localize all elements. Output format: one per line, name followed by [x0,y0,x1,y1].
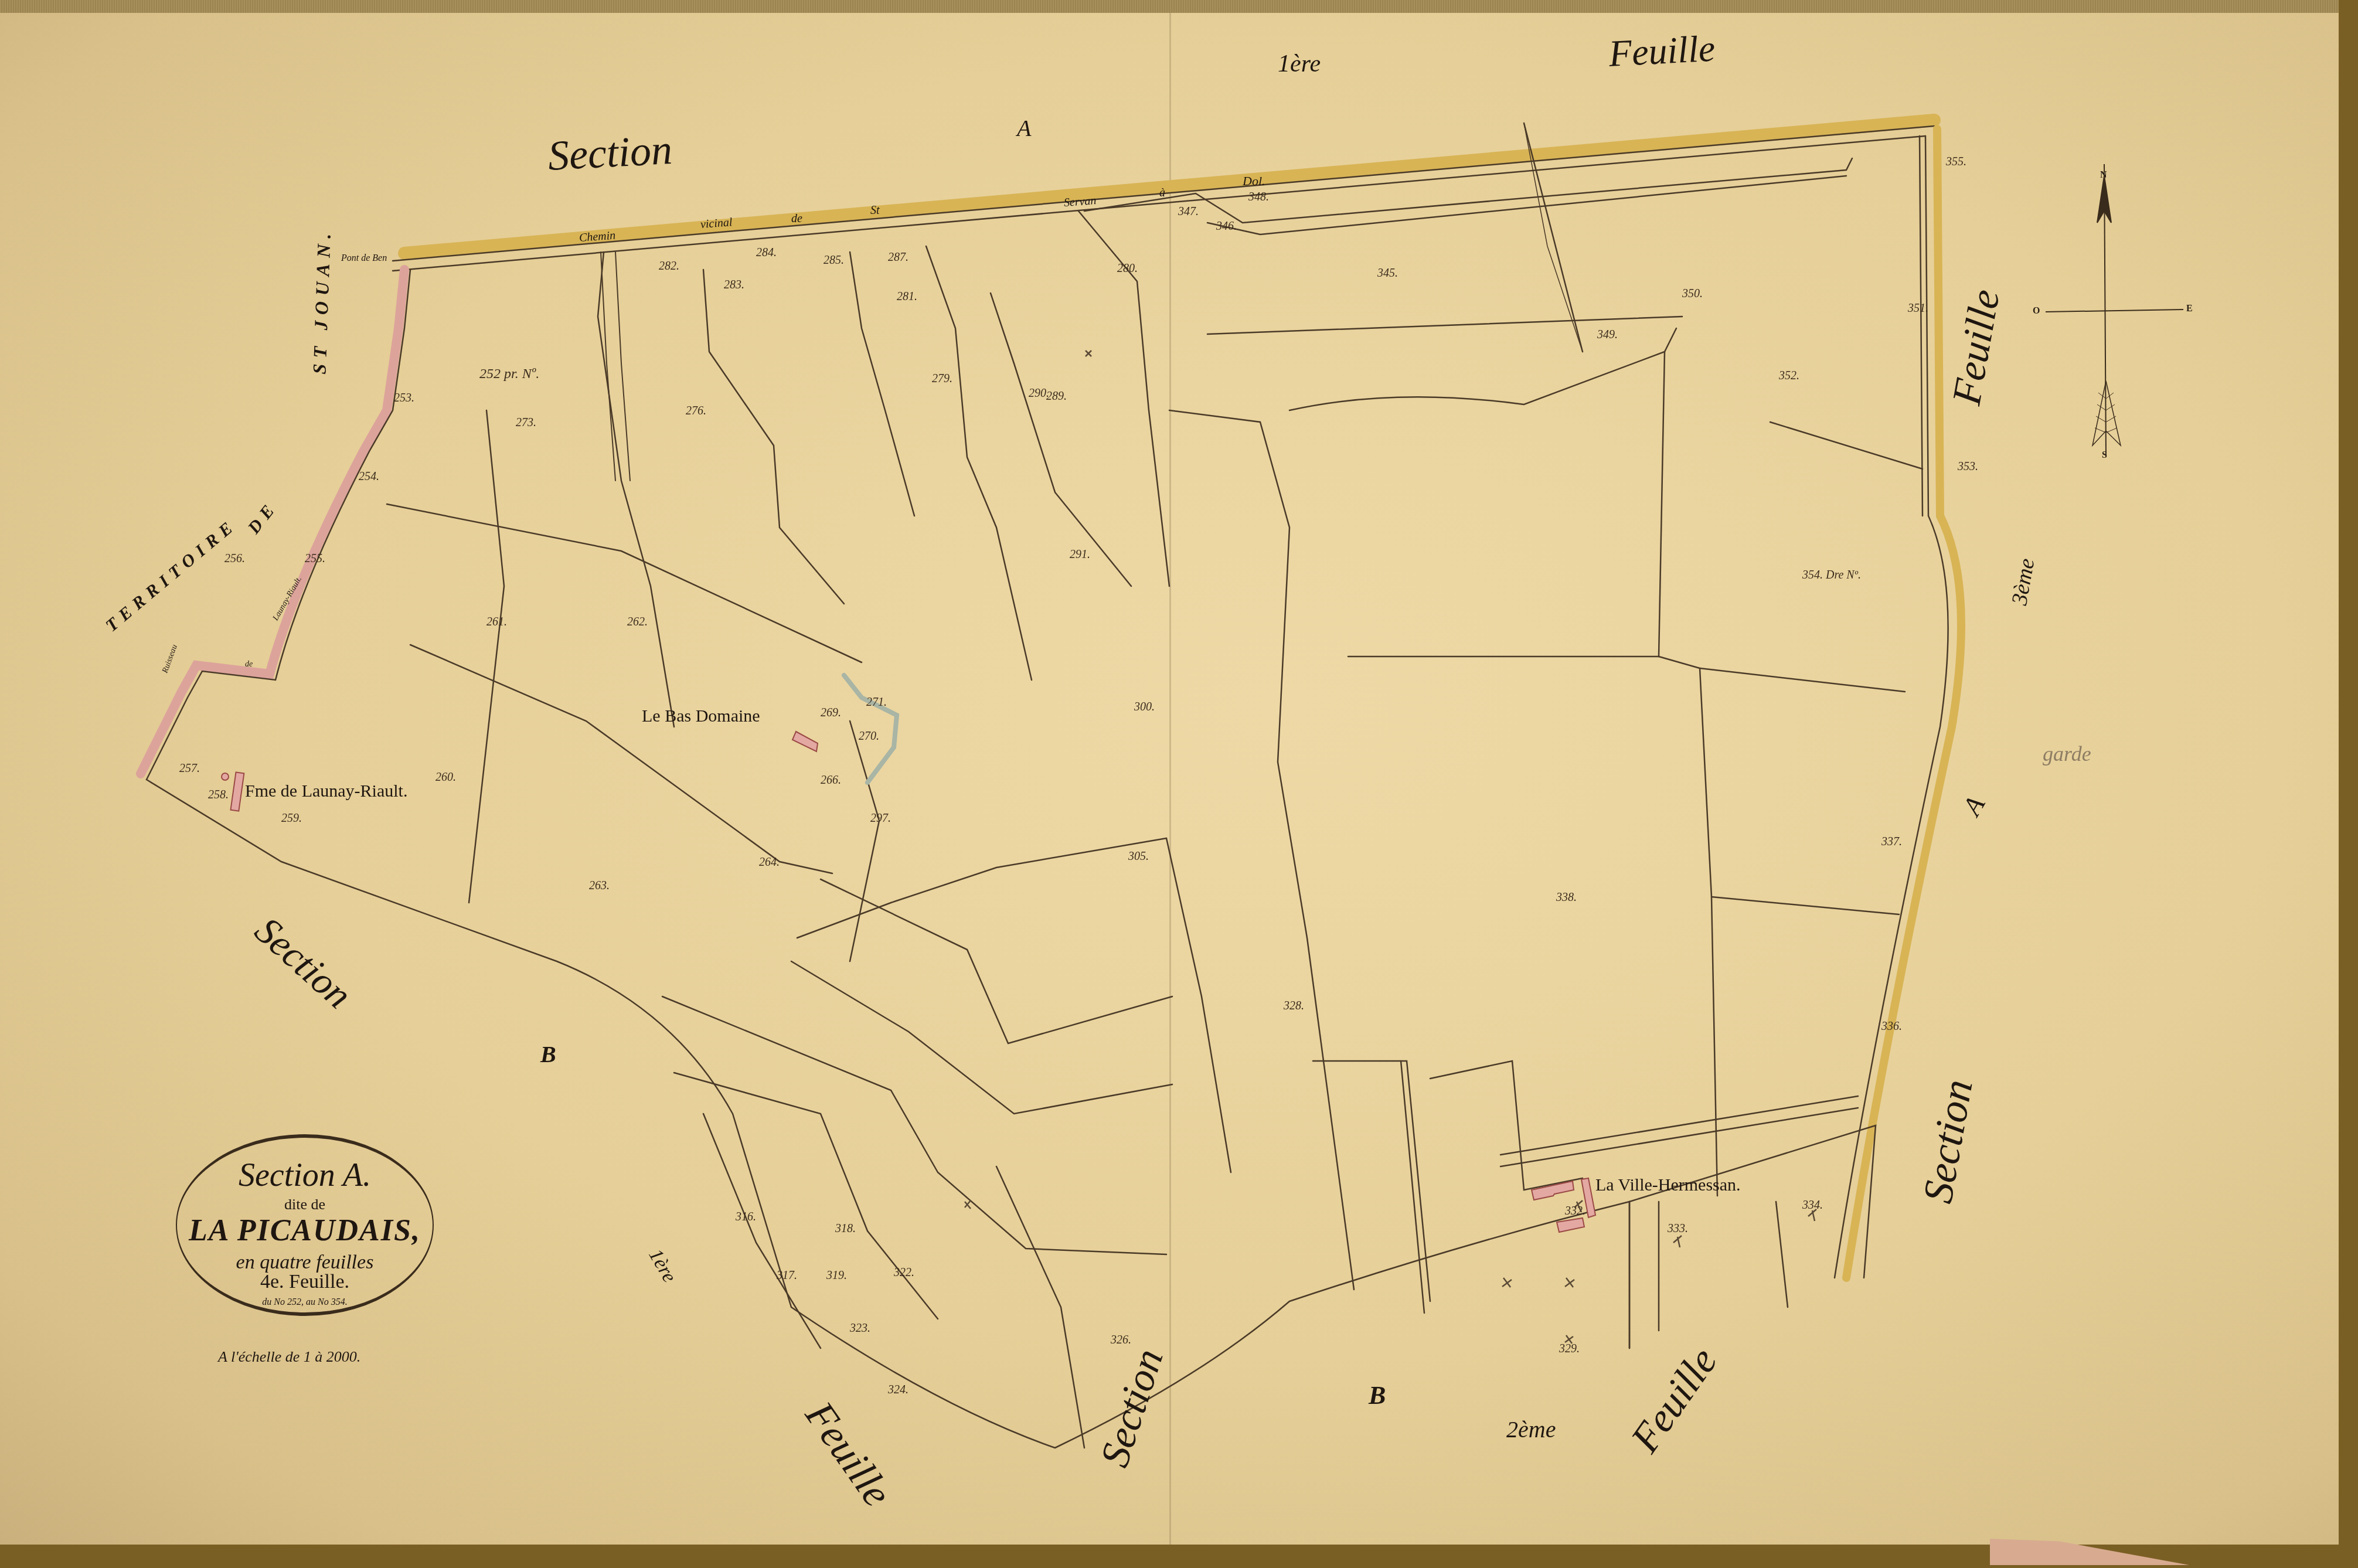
pencil-note: garde [2043,742,2091,766]
parcel-number: 258. [208,788,229,802]
cartouche-parcel-range: du No 252, au No 354. [176,1297,434,1308]
parcel-number: 264. [759,856,780,869]
parcel-number: 270. [859,730,879,743]
building-launay-round [222,773,229,780]
parcel-number: 322. [894,1266,914,1280]
road-label-st: St [870,204,880,217]
parcel-number: 316. [736,1210,756,1224]
building-bas-domaine [792,732,818,751]
parcel-number: 271. [866,696,887,709]
road-label-vicinal: vicinal [700,216,733,232]
parcel-number: 285. [824,254,844,267]
map-scale: A l'échelle de 1 à 2000. [218,1348,360,1366]
parcel-number: 337. [1881,835,1902,849]
label-section-left-letter: B [540,1040,556,1068]
parcel-number: 290. [1029,387,1049,400]
road-label-a: à [1159,186,1165,200]
parcel-number: 317. [777,1269,797,1283]
parcel-number: 333. [1668,1222,1688,1236]
parcel-number: 328. [1284,999,1304,1013]
cartouche-place-name: LA PICAUDAIS, [176,1213,434,1248]
parcel-number: 347. [1178,205,1199,219]
parcel-number: 323. [850,1322,870,1335]
parcel-number: 348. [1248,191,1269,204]
parcel-number: 262. [627,615,648,629]
parcel-number: 349. [1597,328,1618,342]
cartouche-sheet-number: 4e. Feuille. [176,1271,434,1293]
stream-label-de: de [245,660,253,669]
parcel-number: 350. [1682,287,1703,301]
place-bas-domaine: Le Bas Domaine [642,706,760,726]
parcel-number: 346. [1216,220,1237,233]
parcel-number: 318. [835,1222,856,1236]
parcel-number: 263. [589,879,610,893]
parcel-number: 280. [1117,262,1138,275]
parcel-number: 281. [897,290,917,304]
stream-pink [141,270,404,774]
parcel-note-354: 354. Dre Nº. [1802,569,1861,582]
parcel-number: 284. [756,246,777,260]
road-label-chemin: Chemin [579,229,616,245]
parcel-number: 259. [281,812,302,825]
parcel-number: 332. [1565,1205,1585,1218]
label-sheet-top-ordinal: 1ère [1278,50,1321,78]
label-sheet-top-word: Feuille [1608,27,1716,76]
parcel-number: 282. [659,260,679,273]
parcel-number: 257. [179,762,200,776]
building-launay-riault [230,772,244,811]
parcel-number: 266. [821,774,841,787]
parcel-number: 276. [686,404,706,418]
parcel-number: 253. [394,392,414,405]
title-cartouche: Section A. dite de LA PICAUDAIS, en quat… [176,1134,434,1316]
compass-arrow-icon [2046,152,2239,469]
label-sheet-bottom-ordinal: 2ème [1506,1416,1556,1443]
road-label-servan: Servan [1063,194,1097,210]
parcel-number: 329. [1559,1342,1580,1356]
parcel-note-252: 252 pr. Nº. [479,366,539,382]
road-label-de: de [791,212,802,226]
parcel-number: 297. [870,812,891,825]
cartouche-subtitle: dite de [176,1196,434,1213]
parcel-number: 324. [888,1383,909,1397]
parcel-number: 287. [888,251,909,264]
parcel-number: 336. [1881,1020,1902,1033]
parcel-number: 351. [1908,302,1928,315]
parcel-number: 338. [1556,891,1577,904]
parcel-number: 334. [1802,1199,1823,1212]
compass-west: O [2033,306,2040,317]
parcel-number: 345. [1377,267,1398,280]
parcel-number: 260. [435,771,456,784]
place-launay-riault: Fme de Launay-Riault. [245,781,407,801]
parcel-number: 254. [359,470,379,484]
compass-south: S [2102,450,2107,461]
parcel-number: 353. [1958,460,1978,474]
parcel-number: 269. [821,706,841,720]
road-label-dol: Dol. [1243,174,1265,189]
parcel-number: 289. [1046,390,1067,403]
place-ville-hermessan: La Ville-Hermessan. [1595,1175,1741,1195]
label-section-top-letter: A [1017,114,1031,142]
parcel-number: 279. [932,372,952,386]
label-section-top: Section [547,125,673,181]
label-section-bottom-letter: B [1369,1380,1386,1410]
compass-rose: N S E O [2046,152,2239,469]
cartouche-title: Section A. [176,1157,434,1194]
compass-north: N [2100,170,2107,181]
parcel-number: 305. [1128,850,1149,863]
compass-east: E [2186,304,2193,314]
parcel-number: 283. [724,278,744,292]
parcel-number: 291. [1070,548,1090,562]
road-label-pont: Pont de Ben [341,253,387,264]
parcel-number: 255. [305,552,325,566]
parcel-number: 355. [1946,155,1966,169]
parcel-number: 319. [826,1269,847,1283]
parcel-number: 256. [224,552,245,566]
parcel-number: 300. [1134,700,1155,714]
parcel-number: 352. [1779,369,1799,383]
parcel-number: 261. [486,615,507,629]
parcel-number: 273. [516,416,536,430]
